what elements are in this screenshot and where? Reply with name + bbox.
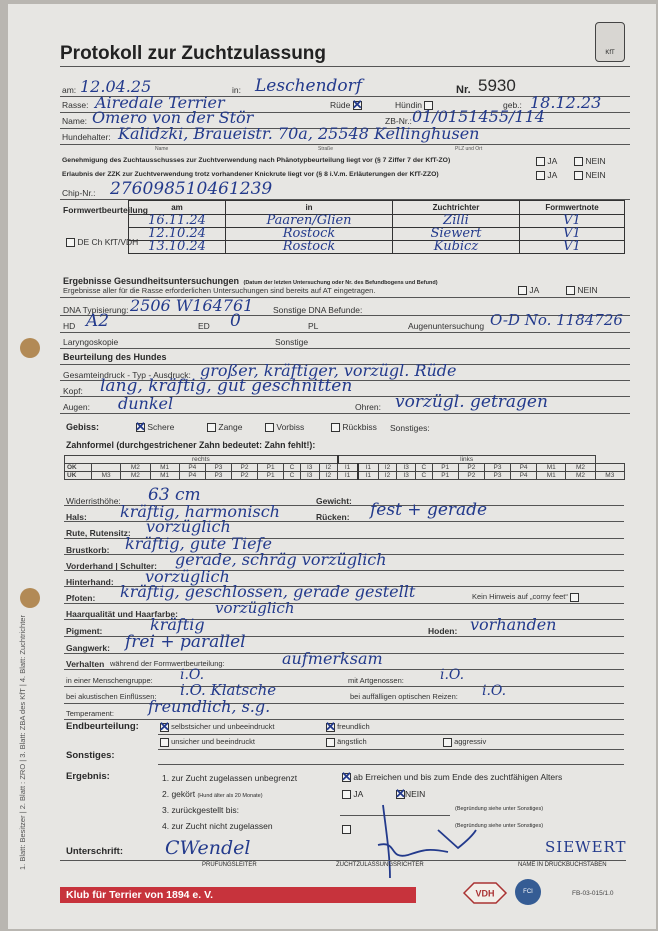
ruede-checkbox[interactable] xyxy=(353,101,362,110)
tooth-cell[interactable]: M2 xyxy=(566,472,595,480)
sonstige-dna-label: Sonstige DNA Befunde: xyxy=(273,305,362,315)
tooth-cell[interactable]: M3 xyxy=(595,472,624,480)
tooth-cell[interactable]: I3 xyxy=(300,472,319,480)
tooth-cell[interactable]: P1 xyxy=(432,472,458,480)
end-freundlich: freundlich xyxy=(326,722,370,732)
tooth-cell[interactable] xyxy=(92,464,121,472)
corny-feet-checkbox[interactable] xyxy=(570,593,579,602)
tooth-cell[interactable]: P3 xyxy=(205,472,231,480)
kft-club-logo-icon: KfT xyxy=(595,22,625,62)
nr-value: 5930 xyxy=(478,76,516,96)
club-name-bar: Klub für Terrier von 1894 e. V. xyxy=(60,887,416,903)
druckbuchstaben-label: NAME IN DRUCKBUCHSTABEN xyxy=(518,862,607,868)
end-freundlich-checkbox[interactable] xyxy=(326,723,335,732)
fci-logo-icon: FCI xyxy=(515,879,541,905)
tooth-cell[interactable]: I2 xyxy=(319,472,338,480)
formwert-cell: Rostock xyxy=(226,241,393,254)
tooth-cell[interactable]: I2 xyxy=(378,472,397,480)
tooth-cell[interactable]: P3 xyxy=(205,464,231,472)
ergebnis-item3: 3. zurückgestellt bis: xyxy=(162,805,239,815)
health-ja: JA xyxy=(518,285,539,295)
gebiss-schere-checkbox[interactable] xyxy=(136,423,145,432)
sub-plz-label: PLZ und Ort xyxy=(455,146,482,152)
end-aengstlich: ängstlich xyxy=(326,737,367,747)
menschengruppe-label: in einer Menschengruppe: xyxy=(66,676,153,685)
tooth-cell[interactable]: I1 xyxy=(358,464,378,472)
tooth-cell[interactable]: C xyxy=(284,472,301,480)
tooth-cell[interactable]: P1 xyxy=(258,464,284,472)
nr-label: Nr. xyxy=(456,84,471,96)
ergebnis-item2-ja: JA xyxy=(342,789,363,799)
tooth-cell[interactable]: C xyxy=(416,472,433,480)
gebiss-vorbiss-checkbox[interactable] xyxy=(265,423,274,432)
tooth-cell[interactable]: P4 xyxy=(179,464,205,472)
tooth-cell[interactable]: M2 xyxy=(566,464,595,472)
formwert-cell: V1 xyxy=(520,241,625,254)
artgenossen-label: mit Artgenossen: xyxy=(348,676,404,685)
page-title: Protokoll zur Zuchtzulassung xyxy=(60,43,326,65)
gebiss-rueckbiss: Rückbiss xyxy=(331,422,377,432)
augen-untersuchung-value: O-D No. 1184726 xyxy=(490,311,623,329)
sheet-distribution-text: 1. Blatt: Besitzer | 2. Blatt : ZRO | 3.… xyxy=(18,615,27,870)
ergebnis-item1: 1. zur Zucht zugelassen unbegrenzt xyxy=(162,773,297,783)
halter-label: Hundehalter: xyxy=(62,132,111,142)
pigment-label: Pigment: xyxy=(66,626,102,636)
nicht-zugelassen-checkbox[interactable] xyxy=(342,825,351,834)
optisch-label: bei auffälligen optischen Reizen: xyxy=(350,692,458,701)
tooth-cell[interactable]: P2 xyxy=(231,472,257,480)
de-ch-checkbox[interactable] xyxy=(66,238,75,247)
gekoert-ja-checkbox[interactable] xyxy=(342,790,351,799)
chip-value: 276098510461239 xyxy=(110,179,272,199)
approval1-ja-checkbox[interactable] xyxy=(536,157,545,166)
tooth-cell[interactable]: M1 xyxy=(537,472,566,480)
tooth-cell[interactable]: P4 xyxy=(179,472,205,480)
end-selbstsicher-checkbox[interactable] xyxy=(160,723,169,732)
rute-label: Rute, Rutensitz: xyxy=(66,528,131,538)
tooth-cell[interactable]: I3 xyxy=(300,464,319,472)
approval2-ja: JA xyxy=(536,170,557,180)
tooth-cell[interactable]: I1 xyxy=(358,472,378,480)
gekoert-nein-checkbox[interactable] xyxy=(396,790,405,799)
tooth-cell[interactable]: I1 xyxy=(338,464,358,472)
approval1-nein-checkbox[interactable] xyxy=(574,157,583,166)
form-code: FB-03-015/1.0 xyxy=(572,890,614,897)
tooth-cell[interactable]: P3 xyxy=(484,472,510,480)
augen-value: dunkel xyxy=(118,394,173,413)
optisch-value: i.O. xyxy=(482,683,506,699)
chip-label: Chip-Nr.: xyxy=(62,188,96,198)
tooth-cell[interactable]: P1 xyxy=(258,472,284,480)
ergebnis-item2-nein: NEIN xyxy=(396,789,425,799)
end-aengstlich-checkbox[interactable] xyxy=(326,738,335,747)
ok-label: OK xyxy=(65,464,92,472)
end-sonstiges-label: Sonstiges: xyxy=(66,750,115,761)
tooth-cell[interactable]: M1 xyxy=(537,464,566,472)
akustisch-label: bei akustischen Einflüssen: xyxy=(66,692,156,701)
tooth-cell[interactable]: P2 xyxy=(231,464,257,472)
hoden-label: Hoden: xyxy=(428,626,457,636)
pruefungsleiter-signature: CWendel xyxy=(165,837,250,859)
ergebnis-item2: 2. gekört (Hund älter als 20 Monate) xyxy=(162,789,263,799)
approval1-nein: NEIN xyxy=(574,156,606,166)
ergebnis-item4: 4. zur Zucht nicht zugelassen xyxy=(162,821,273,831)
tooth-cell[interactable]: C xyxy=(284,464,301,472)
end-selbstsicher: selbstsicher und unbeeindruckt xyxy=(160,722,275,732)
pfoten-label: Pfoten: xyxy=(66,593,95,603)
ohren-label: Ohren: xyxy=(355,402,381,412)
approval2-ja-checkbox[interactable] xyxy=(536,171,545,180)
augen-untersuchung-label: Augenuntersuchung xyxy=(408,321,484,331)
tooth-cell[interactable]: M2 xyxy=(121,472,150,480)
ruecken-value: fest + gerade xyxy=(370,500,487,520)
svg-text:VDH: VDH xyxy=(475,889,494,899)
health-nein-checkbox[interactable] xyxy=(566,286,575,295)
verhalten-sub-label: während der Formwertbeurteilung: xyxy=(110,659,225,668)
gebiss-vorbiss: Vorbiss xyxy=(265,422,304,432)
ergebnis-label: Ergebnis: xyxy=(66,771,110,782)
health-at-text: Ergebnisse aller für die Rasse erforderl… xyxy=(63,286,375,295)
approval2-nein: NEIN xyxy=(574,170,606,180)
tooth-cell[interactable]: M2 xyxy=(121,464,150,472)
augen-label: Augen: xyxy=(63,402,90,412)
approval-zuchtausschuss-text: Genehmigung des Zuchtausschusses zur Zuc… xyxy=(62,157,450,164)
unterschrift-label: Unterschrift: xyxy=(66,846,123,857)
gebiss-schere: Schere xyxy=(136,422,174,432)
zahnformel-table: rechts links OKM2M1P4P3P2P1CI3I2I1I1I2I3… xyxy=(64,455,625,480)
am-label: am: xyxy=(62,85,76,95)
halter-value: Kalidzki, Braueistr. 70a, 25548 Kellingh… xyxy=(118,124,479,143)
rasse-label: Rasse: xyxy=(62,100,88,110)
hd-label: HD xyxy=(63,321,75,331)
end-unsicher: unsicher und beeindruckt xyxy=(160,737,255,747)
uk-label: UK xyxy=(65,472,92,480)
gebiss-sonstiges-label: Sonstiges: xyxy=(390,423,430,433)
tooth-cell[interactable]: M3 xyxy=(92,472,121,480)
vdh-logo-icon: VDH xyxy=(462,881,508,905)
approval2-nein-checkbox[interactable] xyxy=(574,171,583,180)
tooth-cell[interactable] xyxy=(595,464,624,472)
temperament-value: freundlich, s.g. xyxy=(148,697,270,716)
name-label: Name: xyxy=(62,116,87,126)
tooth-cell[interactable]: I2 xyxy=(319,464,338,472)
kopf-value: lang, kräftig, gut geschnitten xyxy=(100,376,352,396)
tooth-cell[interactable]: I2 xyxy=(378,464,397,472)
corny-feet-label: Kein Hinweis auf „corny feet“ xyxy=(472,592,579,602)
tooth-cell[interactable]: M1 xyxy=(150,464,179,472)
zahn-rechts: rechts xyxy=(65,456,338,464)
approval-knickrute-text: Erlaubnis der ZZK zur Zuchtverwendung tr… xyxy=(62,171,439,178)
tooth-cell[interactable]: C xyxy=(416,464,433,472)
ohren-value: vorzügl. getragen xyxy=(395,392,548,412)
gebiss-rueckbiss-checkbox[interactable] xyxy=(331,423,340,432)
tooth-cell[interactable]: I3 xyxy=(397,464,416,472)
formwert-cell: 13.10.24 xyxy=(129,241,226,254)
approval1-ja: JA xyxy=(536,156,557,166)
verhalten-value: aufmerksam xyxy=(282,649,383,668)
gangwerk-label: Gangwerk: xyxy=(66,643,110,653)
name-druckbuchstaben-value: SIEWERT xyxy=(545,838,627,856)
artgenossen-value: i.O. xyxy=(440,667,464,683)
health-sonstige-label: Sonstige xyxy=(275,337,308,347)
sub-name-label: Name xyxy=(155,146,168,152)
tooth-cell[interactable]: P1 xyxy=(432,464,458,472)
zuchtrichter-signature xyxy=(368,800,478,880)
verhalten-label: Verhalten xyxy=(66,659,104,669)
sub-strasse-label: Straße xyxy=(318,146,333,152)
haar-value: vorzüglich xyxy=(215,599,295,617)
pl-label: PL xyxy=(308,321,318,331)
tooth-cell[interactable]: P3 xyxy=(484,464,510,472)
formwert-cell: Kubicz xyxy=(393,241,520,254)
end-unsicher-checkbox[interactable] xyxy=(160,738,169,747)
tooth-cell[interactable]: M1 xyxy=(150,472,179,480)
gebiss-zange-checkbox[interactable] xyxy=(207,423,216,432)
hd-value: A2 xyxy=(86,311,109,331)
beurteilung-heading: Beurteilung des Hundes xyxy=(63,352,167,362)
formwert-row: 13.10.24RostockKubiczV1 xyxy=(129,241,625,254)
end-aggressiv-checkbox[interactable] xyxy=(443,738,452,747)
ergebnis-item4-box xyxy=(342,821,351,839)
formwert-table: am in Zuchtrichter Formwertnote 16.11.24… xyxy=(128,200,625,254)
ed-label: ED xyxy=(198,321,210,331)
gebiss-label: Gebiss: xyxy=(66,422,99,432)
tooth-cell[interactable]: I1 xyxy=(338,472,358,480)
ed-value: 0 xyxy=(230,311,241,331)
laryngoskopie-label: Laryngoskopie xyxy=(63,337,118,347)
pruefungsleiter-label: PRÜFUNGSLEITER xyxy=(202,862,257,868)
health-ja-checkbox[interactable] xyxy=(518,286,527,295)
tooth-cell[interactable]: I3 xyxy=(397,472,416,480)
tooth-cell[interactable]: P4 xyxy=(511,464,537,472)
endbeurteilung-label: Endbeurteilung: xyxy=(66,721,139,732)
in-value: Leschendorf xyxy=(255,76,362,96)
hoden-value: vorhanden xyxy=(470,615,556,634)
gebiss-zange: Zange xyxy=(207,422,242,432)
end-aggressiv: aggressiv xyxy=(443,737,486,747)
tooth-cell[interactable]: P2 xyxy=(458,472,484,480)
ergebnis-item1-option: ab Erreichen und bis zum Ende des zuchtf… xyxy=(342,772,562,782)
temperament-label: Temperament: xyxy=(66,709,114,718)
ergebnis-item1-checkbox[interactable] xyxy=(342,773,351,782)
health-nein: NEIN xyxy=(566,285,598,295)
in-label: in: xyxy=(232,85,241,95)
zahn-links: links xyxy=(338,456,595,464)
gangwerk-value: frei + parallel xyxy=(125,632,246,652)
tooth-cell[interactable]: P4 xyxy=(511,472,537,480)
ruede-label: Rüde xyxy=(330,100,362,110)
punch-hole xyxy=(20,588,40,608)
punch-hole xyxy=(20,338,40,358)
zuchtrichter-label: ZUCHTZULASSUNGSRICHTER xyxy=(336,862,424,868)
kopf-label: Kopf: xyxy=(63,386,83,396)
zahnformel-heading: Zahnformel (durchgestrichener Zahn bedeu… xyxy=(66,440,315,450)
tooth-cell[interactable]: P2 xyxy=(458,464,484,472)
